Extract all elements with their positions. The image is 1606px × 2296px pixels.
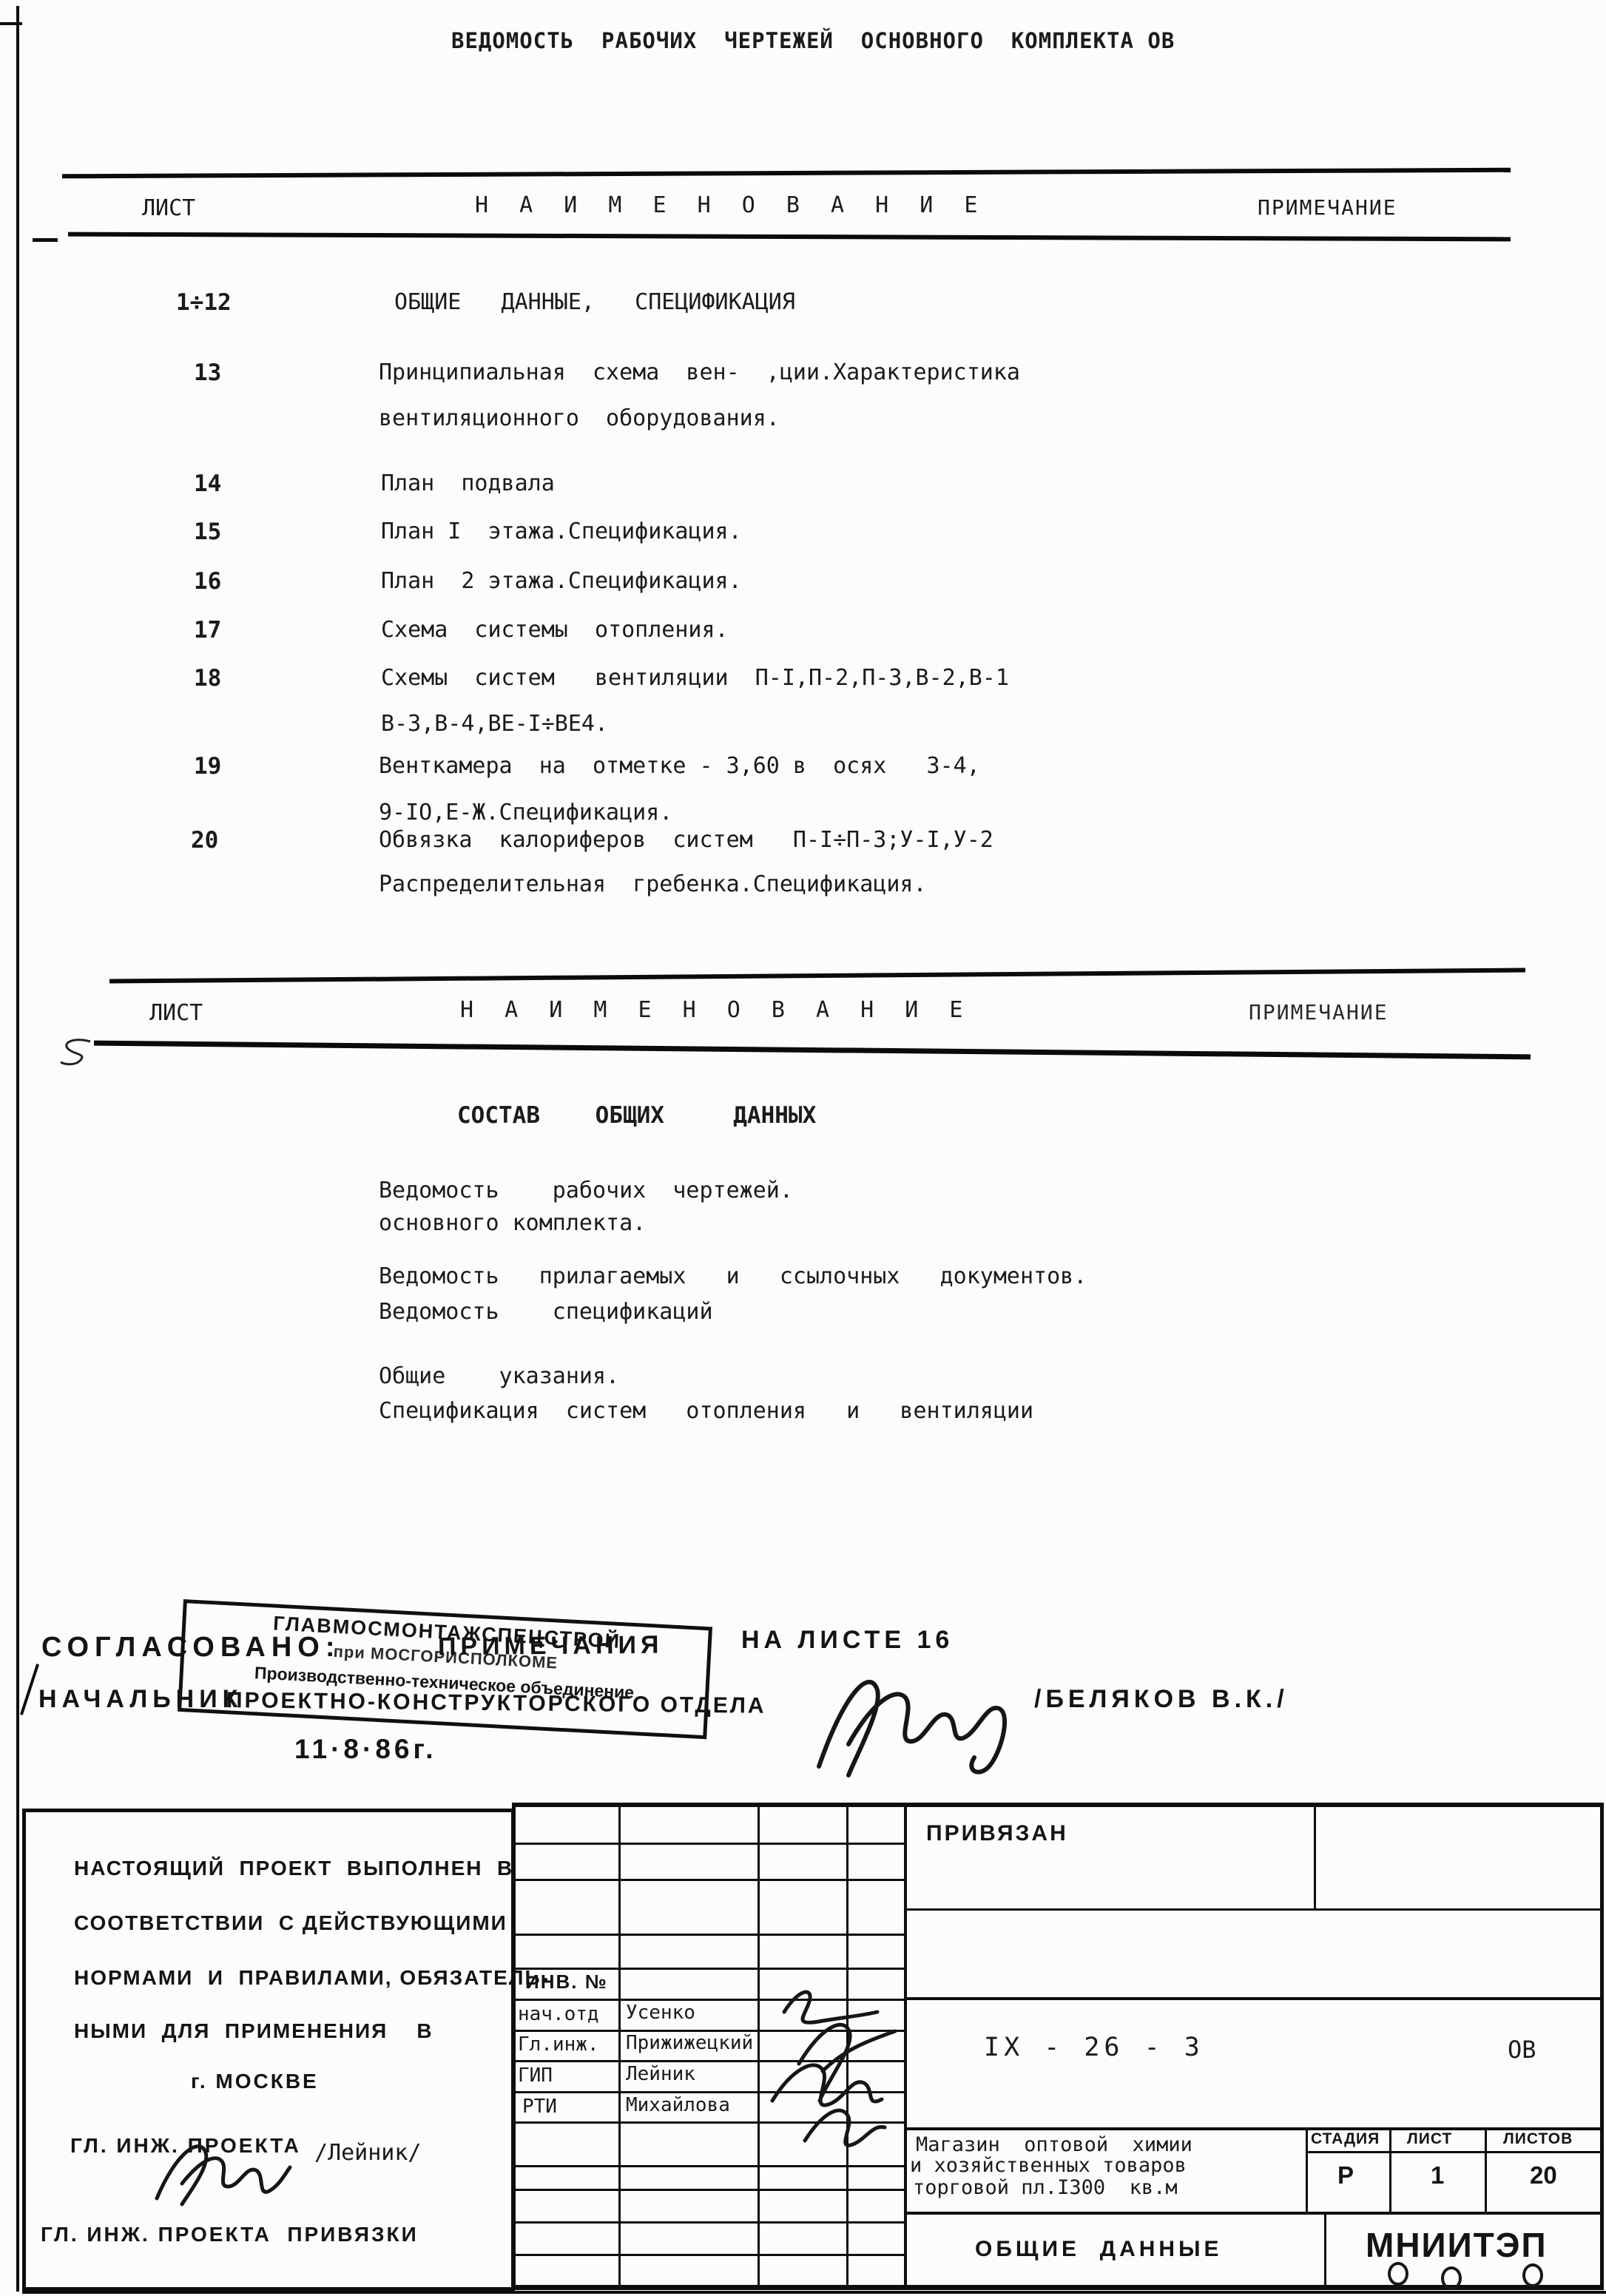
row-sheet: 15	[194, 519, 221, 545]
note-sheet-ref: НА ЛИСТЕ 16	[741, 1626, 954, 1655]
composition-item: Общие указания.	[379, 1363, 619, 1389]
staff-role: ГИП	[518, 2064, 553, 2087]
chief-engineer-signature	[146, 2130, 294, 2212]
staff-role: Гл.инж.	[518, 2033, 599, 2056]
composition-heading: СОСТАВ ОБЩИХ ДАННЫХ	[457, 1102, 816, 1129]
organization-name: МНИИТЭП	[1366, 2225, 1548, 2265]
row-sheet: 18	[194, 665, 221, 692]
row-name: План I этажа.Спецификация.	[381, 519, 742, 544]
handwritten-slash	[20, 1664, 39, 1715]
register2-col-note: ПРИМЕЧАНИЕ	[1249, 1000, 1389, 1024]
document-marka: ОВ	[1508, 2036, 1536, 2064]
staff-name: Усенко	[626, 2002, 695, 2024]
sheet-value: 1	[1431, 2161, 1444, 2189]
register2-col-name: Н А И М Е Н О В А Н И Е	[460, 997, 971, 1023]
page-bottom-border	[22, 2291, 1606, 2294]
composition-item-2: основного комплекта.	[379, 1210, 646, 1236]
grid-line	[904, 2212, 1604, 2215]
object-name-line: торговой пл.I300 кв.м	[913, 2176, 1178, 2199]
register2-top-rule	[109, 968, 1525, 983]
staff-name: Лейник	[626, 2063, 695, 2085]
grid-line	[512, 2165, 906, 2167]
grid-line	[1314, 1803, 1316, 1911]
page-left-border	[16, 6, 19, 2292]
grid-line	[904, 1908, 1604, 1911]
grid-line	[618, 1803, 621, 2286]
organization-stamp: ГЛАВМОСМОНТАЖСПЕЦСТРОЙ при МОСГОРИСПОЛКО…	[178, 1599, 712, 1739]
staff-signatures	[755, 1982, 917, 2152]
grid-line	[512, 1803, 516, 2289]
note-line: НАСТОЯЩИЙ ПРОЕКТ ВЫПОЛНЕН В	[74, 1857, 513, 1880]
sheet-label: ЛИСТ	[1407, 2130, 1452, 2148]
row-name: План 2 этажа.Спецификация.	[381, 568, 742, 594]
composition-item: Спецификация систем отопления и вентиляц…	[379, 1398, 1033, 1424]
approver-signature	[810, 1655, 1039, 1789]
grid-line	[1306, 2151, 1604, 2153]
org-logo-circle	[1441, 2266, 1462, 2290]
object-name-line: и хозяйственных товаров	[910, 2154, 1187, 2177]
row-sheet: 1÷12	[176, 289, 232, 316]
stage-label: СТАДИЯ	[1311, 2130, 1380, 2148]
grid-line	[904, 2127, 1604, 2130]
grid-line	[512, 1968, 906, 1970]
grid-line	[512, 1934, 906, 1936]
document-code: IX - 26 - 3	[984, 2033, 1204, 2062]
grid-line	[512, 2254, 906, 2256]
grid-line	[512, 2189, 906, 2191]
row-name-2: Распределительная гребенка.Спецификация.	[379, 871, 927, 897]
object-name-line: Магазин оптовой химии	[916, 2133, 1192, 2156]
page-title: ВЕДОМОСТЬ РАБОЧИХ ЧЕРТЕЖЕЙ ОСНОВНОГО КОМ…	[451, 28, 1175, 53]
grid-line	[512, 2285, 1604, 2290]
chief-label: НАЧАЛЬНИК	[38, 1685, 243, 1714]
page-topleft-tick	[0, 22, 22, 25]
row-name: ОБЩИЕ ДАННЫЕ, СПЕЦИФИКАЦИЯ	[381, 289, 795, 315]
row-sheet: 19	[194, 753, 221, 780]
register-col-name: Н А И М Е Н О В А Н И Е	[475, 192, 986, 218]
row-name-2: вентиляционного оборудования.	[379, 405, 780, 431]
staff-role: нач.отд	[518, 2003, 599, 2025]
chief-engineer-name: /Лейник/	[314, 2140, 422, 2166]
stage-value: Р	[1337, 2161, 1354, 2189]
left-dash-mark	[33, 238, 58, 242]
register-top-rule	[62, 168, 1511, 179]
project-note-block	[22, 1809, 515, 2291]
sheets-label: ЛИСТОВ	[1503, 2130, 1573, 2148]
note-line: НОРМАМИ И ПРАВИЛАМИ, ОБЯЗАТЕЛЬ-	[74, 1966, 550, 1990]
org-logo-circle	[1522, 2263, 1543, 2287]
grid-line	[512, 2221, 906, 2224]
inventory-number-label: ИНВ. №	[525, 1971, 608, 1993]
attached-label: ПРИВЯЗАН	[926, 1821, 1068, 1846]
org-logo-circle	[1388, 2262, 1408, 2286]
sheets-value: 20	[1530, 2161, 1557, 2189]
grid-line	[1306, 2127, 1308, 2214]
approver-name: /БЕЛЯКОВ В.К./	[1034, 1685, 1289, 1714]
grid-line	[1485, 2127, 1487, 2214]
grid-line	[512, 1803, 1604, 1807]
grid-line	[512, 1843, 906, 1845]
row-sheet: 20	[191, 827, 218, 854]
row-name-2: 9-IО,Е-Ж.Спецификация.	[379, 800, 672, 825]
row-name: Схема системы отопления.	[381, 617, 729, 643]
composition-item: Ведомость рабочих чертежей.	[379, 1178, 793, 1203]
grid-line	[1324, 2212, 1326, 2287]
register2-col-sheet: ЛИСТ	[149, 1000, 203, 1026]
grid-line	[1389, 2127, 1391, 2214]
register-col-note: ПРИМЕЧАНИЕ	[1258, 195, 1397, 220]
row-name: Обвязка калориферов систем П-I÷П-3;У-I,У…	[379, 827, 993, 853]
row-sheet: 14	[194, 470, 221, 497]
composition-item: Ведомость прилагаемых и ссылочных докуме…	[379, 1263, 1087, 1289]
note-handwritten: ПРИМЕЧАНИЯ	[438, 1631, 664, 1662]
row-name-2: В-3,В-4,ВЕ-I÷ВЕ4.	[381, 711, 608, 737]
document-page: ВЕДОМОСТЬ РАБОЧИХ ЧЕРТЕЖЕЙ ОСНОВНОГО КОМ…	[0, 0, 1606, 2296]
row-name: План подвала	[381, 470, 555, 496]
margin-scribble	[58, 1036, 95, 1070]
grid-line	[512, 1879, 906, 1881]
row-name: Венткамера на отметке - 3,60 в осях 3-4,	[379, 753, 980, 779]
sheet-title: ОБЩИЕ ДАННЫЕ	[975, 2237, 1222, 2262]
register-col-sheet: ЛИСТ	[142, 195, 195, 221]
grid-line	[904, 1997, 1604, 2000]
row-name: Принципиальная схема вен- ,ции.Характери…	[379, 359, 1020, 385]
note-line: СООТВЕТСТВИИ С ДЕЙСТВУЮЩИМИ	[74, 1911, 507, 1935]
note-line: г. МОСКВЕ	[191, 2070, 319, 2093]
composition-item: Ведомость спецификаций	[379, 1299, 713, 1325]
approval-date: 11·8·86г.	[294, 1734, 436, 1765]
staff-role: РТИ	[522, 2096, 557, 2118]
note-line: НЫМИ ДЛЯ ПРИМЕНЕНИЯ В	[74, 2019, 433, 2043]
binding-engineer-label: ГЛ. ИНЖ. ПРОЕКТА ПРИВЯЗКИ	[41, 2223, 419, 2246]
row-name: Схемы систем вентиляции П-I,П-2,П-3,В-2,…	[381, 665, 1009, 691]
row-sheet: 13	[194, 359, 221, 386]
row-sheet: 16	[194, 568, 221, 595]
row-sheet: 17	[194, 617, 221, 644]
staff-name: Прижижецкий	[626, 2032, 753, 2054]
grid-line	[1600, 1803, 1604, 2289]
register2-header-rule	[94, 1041, 1531, 1060]
register-header-rule	[68, 232, 1511, 242]
staff-name: Михайлова	[626, 2094, 730, 2116]
